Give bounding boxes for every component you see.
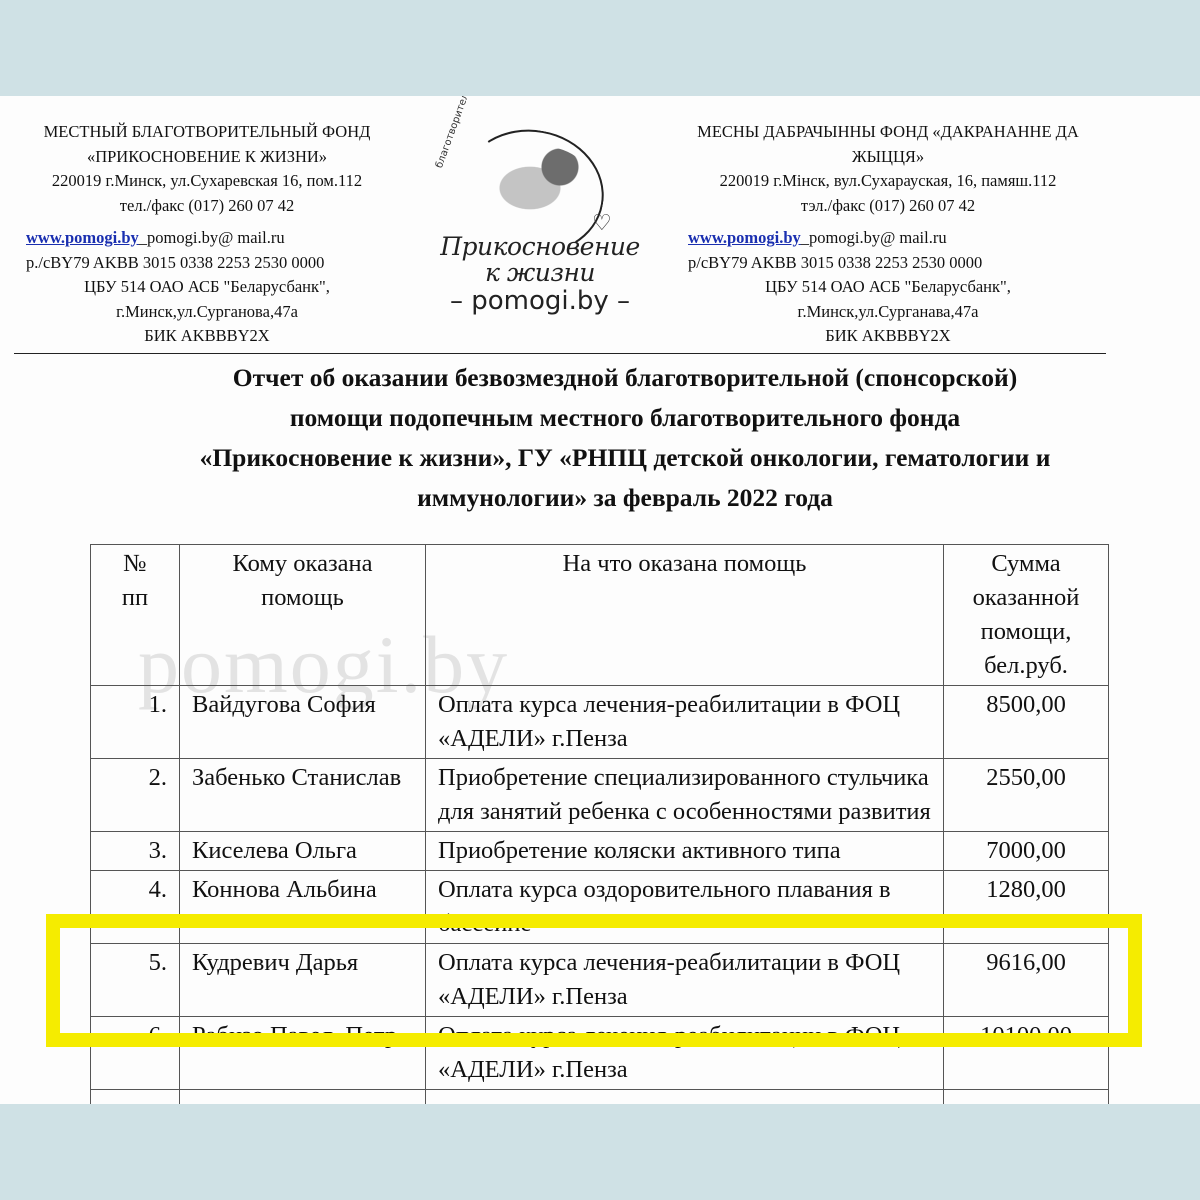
header-recipient: Кому оказана помощь — [180, 545, 426, 686]
row-amount: 7000,00 — [944, 832, 1109, 871]
org-account: р./сBY79 AKBB 3015 0338 2253 2530 0000 — [18, 251, 396, 276]
org-phone-by: тэл./факс (017) 260 07 42 — [682, 194, 1094, 219]
header-amount: Сумма оказанной помощи, бел.руб. — [944, 545, 1109, 686]
report-title: Отчет об оказании безвозмездной благотво… — [100, 358, 1150, 518]
row-number: 2. — [91, 759, 180, 832]
baby-photo-icon — [490, 146, 590, 216]
table-row: 2.Забенько СтаниславПриобретение специал… — [91, 759, 1109, 832]
letterhead-left: МЕСТНЫЙ БЛАГОТВОРИТЕЛЬНЫЙ ФОНД «ПРИКОСНО… — [18, 120, 396, 349]
row-recipient: Коннова Альбина — [180, 871, 426, 944]
org-address-by: 220019 г.Мінск, вул.Сухарауская, 16, пам… — [682, 169, 1094, 194]
table-row: 1.Вайдугова СофияОплата курса лечения-ре… — [91, 686, 1109, 759]
row-purpose: Оплата курса оздоровительного плавания в… — [426, 871, 944, 944]
row-amount: 9616,00 — [944, 944, 1109, 1017]
table-header-row: №пп Кому оказана помощь На что оказана п… — [91, 545, 1109, 686]
row-amount: 1280,00 — [944, 871, 1109, 944]
org-bic-by: БИК AKBBBY2X — [682, 324, 1094, 349]
org-account-by: р/сBY79 AKBB 3015 0338 2253 2530 0000 — [682, 251, 1094, 276]
row-recipient: Кудревич Дарья — [180, 944, 426, 1017]
row-amount — [944, 1090, 1109, 1105]
row-number: 5. — [91, 944, 180, 1017]
org-phone: тел./факс (017) 260 07 42 — [18, 194, 396, 219]
row-recipient — [180, 1090, 426, 1105]
row-purpose: Приобретение коляски активного типа — [426, 832, 944, 871]
org-name-line1: МЕСТНЫЙ БЛАГОТВОРИТЕЛЬНЫЙ ФОНД — [18, 120, 396, 145]
org-name-line2: «ПРИКОСНОВЕНИЕ К ЖИЗНИ» — [18, 145, 396, 170]
org-address: 220019 г.Минск, ул.Сухаревская 16, пом.1… — [18, 169, 396, 194]
logo-script-text: Прикосновение к жизни — [420, 234, 660, 286]
row-number: 3. — [91, 832, 180, 871]
row-purpose: Приобретение специализированного стульчи… — [426, 759, 944, 832]
row-number: 6. — [91, 1017, 180, 1090]
table-row: 4.Коннова АльбинаОплата курса оздоровите… — [91, 871, 1109, 944]
header-number: №пп — [91, 545, 180, 686]
table-row: 3.Киселева ОльгаПриобретение коляски акт… — [91, 832, 1109, 871]
row-purpose — [426, 1090, 944, 1105]
org-name-line2-by: ЖЫЦЦЯ» — [682, 145, 1094, 170]
row-number: 4. — [91, 871, 180, 944]
website-link-by[interactable]: www.pomogi.by — [688, 228, 801, 247]
org-email-by: _pomogi.by@ mail.ru — [801, 228, 947, 247]
website-link[interactable]: www.pomogi.by — [26, 228, 139, 247]
org-bank: ЦБУ 514 ОАО АСБ "Беларусбанк", — [18, 275, 396, 300]
header-divider — [14, 353, 1106, 354]
org-bic: БИК AKBBBY2X — [18, 324, 396, 349]
table-row — [91, 1090, 1109, 1105]
row-number: 1. — [91, 686, 180, 759]
document-page: МЕСТНЫЙ БЛАГОТВОРИТЕЛЬНЫЙ ФОНД «ПРИКОСНО… — [0, 96, 1200, 1104]
foundation-logo: благотворительный фонд ♡ Прикосновение к… — [420, 116, 660, 326]
row-recipient: Рабизо Павел, Петр — [180, 1017, 426, 1090]
row-recipient: Киселева Ольга — [180, 832, 426, 871]
org-bank-by: ЦБУ 514 ОАО АСБ "Беларусбанк", — [682, 275, 1094, 300]
row-recipient: Забенько Станислав — [180, 759, 426, 832]
org-bank-address: г.Минск,ул.Сурганова,47а — [18, 300, 396, 325]
row-purpose: Оплата курса лечения-реабилитации в ФОЦ … — [426, 1017, 944, 1090]
row-recipient: Вайдугова София — [180, 686, 426, 759]
logo-site-text: – pomogi.by – — [420, 286, 660, 316]
table-row: 6.Рабизо Павел, ПетрОплата курса лечения… — [91, 1017, 1109, 1090]
org-bank-address-by: г.Минск,ул.Сурганава,47а — [682, 300, 1094, 325]
row-purpose: Оплата курса лечения-реабилитации в ФОЦ … — [426, 686, 944, 759]
row-amount: 10100,00 — [944, 1017, 1109, 1090]
aid-report-table: №пп Кому оказана помощь На что оказана п… — [90, 544, 1109, 1104]
row-purpose: Оплата курса лечения-реабилитации в ФОЦ … — [426, 944, 944, 1017]
table-row-highlighted: 5.Кудревич ДарьяОплата курса лечения-реа… — [91, 944, 1109, 1017]
row-amount: 2550,00 — [944, 759, 1109, 832]
row-number — [91, 1090, 180, 1105]
letterhead-right: МЕСНЫ ДАБРАЧЫННЫ ФОНД «ДАКРАНАННЕ ДА ЖЫЦ… — [682, 120, 1094, 349]
org-name-line1-by: МЕСНЫ ДАБРАЧЫННЫ ФОНД «ДАКРАНАННЕ ДА — [682, 120, 1094, 145]
header-purpose: На что оказана помощь — [426, 545, 944, 686]
row-amount: 8500,00 — [944, 686, 1109, 759]
org-email: _pomogi.by@ mail.ru — [139, 228, 285, 247]
